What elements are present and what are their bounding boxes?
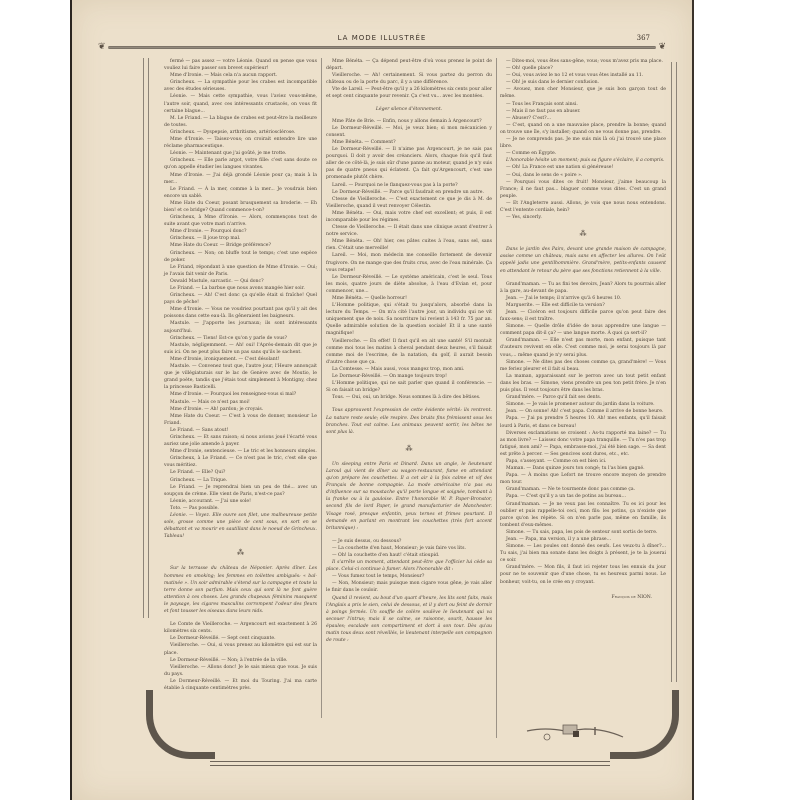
stage-direction: Léger silence d'étonnement. [326, 106, 492, 113]
dialogue-line: Grincheux. — Et sans raison; si nous avi… [164, 434, 317, 448]
dialogue-line: Grincheux, à Le Friand. — Ce n'est pas l… [164, 455, 317, 469]
dialogue-line: Mme Bénéta. — Comment? [326, 139, 492, 146]
dialogue-line: Le Friand. — Elle? Qui? [164, 469, 317, 476]
dialogue-line: Marguerite. — Elle est difficile ta vers… [500, 302, 666, 309]
dialogue-line: Grand'maman. — Je ne veux pas les connaî… [500, 501, 666, 529]
column-right: — Dites-moi, vous êtes sans-gêne, vous; … [500, 58, 666, 601]
dialogue-line: Mastule. — J'apporte les journaux; ils s… [164, 320, 317, 334]
dialogue-line: — Mais il ne faut pas en abuser. [500, 108, 666, 115]
right-border-rule [671, 62, 677, 682]
stage-direction: Il s'arrête un moment, attendant peut-êt… [326, 559, 492, 573]
header-rule [108, 46, 656, 49]
dialogue-line: Jean. — Cicéron est toujours difficile p… [500, 309, 666, 323]
dialogue-line: — Oh! quelle place? [500, 65, 666, 72]
dialogue-line: — Tous les Français sont ainsi. [500, 101, 666, 108]
dialogue-line: Vieilleroche. — En effet! Il faut qu'il … [326, 338, 492, 366]
page-header: LA MODE ILLUSTRÉE 367 ❦ ❦ [102, 34, 662, 56]
dialogue-line: Léonie, accourant. — J'ai une sole! [164, 498, 317, 505]
stage-direction: Quand il revient, au bout d'un quart d'h… [326, 595, 492, 645]
dialogue-line: Simone. — Quelle drôle d'idée de nous ap… [500, 323, 666, 337]
left-border-rule [143, 58, 149, 618]
running-title: LA MODE ILLUSTRÉE [102, 34, 662, 42]
dialogue-line: — Avouez, mon cher Monsieur, que je suis… [500, 86, 666, 100]
dialogue-line: Grincheux. — La Trique. [164, 477, 317, 484]
dialogue-line: Tous. — Oui, oui, un bridge. Nous sommes… [326, 394, 492, 401]
dialogue-line: Mme d'Ironie, ironiquement. — C'est déso… [164, 356, 317, 363]
dialogue-line: Léonie. — Mais cette sympathie, vous l'a… [164, 93, 317, 114]
dialogue-line: Le Dormeur-Réveillé. — On mange toujours… [326, 373, 492, 380]
fleuron-icon: ❦ [98, 42, 106, 52]
dialogue-line: Le Dormeur-Réveillé. — Le système améric… [326, 274, 492, 295]
dialogue-line: — Oui, dans le sens de « poire ». [500, 172, 666, 179]
dialogue-line: — Et l'Angleterre aussi. Allons, je vois… [500, 200, 666, 214]
dialogue-line: Le Dormeur-Réveillé. — Il n'aime pas Arg… [326, 146, 492, 181]
dialogue-line: Le Friand. — La barbue que nous avons ma… [164, 285, 317, 292]
dialogue-line: Mme Bénéta. — Ça dépend peut-être d'où v… [326, 58, 492, 72]
dialogue-line: Toto. — Pas possible. [164, 505, 317, 512]
dialogue-line: Mastule. — Mais ce n'est pas moi! [164, 399, 317, 406]
dialogue-line: Léonie. — Maintenant que j'ai goûté, je … [164, 150, 317, 157]
dialogue-line: Mastule. — Convenez tout que, l'autre jo… [164, 363, 317, 391]
asterism-separator: ⁂ [164, 550, 317, 557]
dialogue-line: — Comme en Égypte. [500, 150, 666, 157]
dialogue-line: Papa. — C'est qu'il y a un tas de potins… [500, 493, 666, 500]
dialogue-line: Simone. — Ne dites pas des choses comme … [500, 359, 666, 373]
dialogue-line: Mme Bénéta. — Quelle horreur! [326, 295, 492, 302]
dialogue-line: — Oui, vous aviez le no 12 et vous vous … [500, 72, 666, 79]
dialogue-line: Diverses exclamations se croisent : As-t… [500, 430, 666, 458]
dialogue-line: Mastule, négligemment. — Ah! oui! l'Aprè… [164, 342, 317, 356]
stage-direction: Dans le jardin des Pairs, devant une gra… [500, 246, 666, 274]
dialogue-line: Mme d'Ironie. — Taisez-vous; on croirait… [164, 136, 317, 150]
dialogue-line: Grincheux. — Elle parle argot, votre fil… [164, 157, 317, 171]
page-number: 367 [637, 34, 650, 42]
dialogue-line: Grand'maman. — Ne te tourmente donc pas … [500, 486, 666, 493]
dialogue-line: — La couchette d'en haut, Monsieur; je v… [326, 545, 492, 552]
dialogue-line: Grincheux. — Tiens! Est-ce qu'on y parle… [164, 335, 317, 342]
dialogue-line: Maman. — Dans quinze jours ton congé; tu… [500, 465, 666, 472]
dialogue-line: Lareil. — Pourquoi ne le flanquez-vous p… [326, 182, 492, 189]
dialogue-line: — Abuser? C'est?... [500, 115, 666, 122]
dialogue-line: Simone. — Les poules ont donné des oeufs… [500, 543, 666, 564]
dialogue-line: Jean. — J'ai le temps; il n'arrive qu'à … [500, 295, 666, 302]
dialogue-line: Grand'maman. — Tu as fini tes devoirs, J… [500, 281, 666, 295]
dialogue-line: Le Friand. — Je reprendrai bien un peu d… [164, 484, 317, 498]
dialogue-line: Lareil. — Moi, mon médecin me conseille … [326, 252, 492, 273]
dialogue-line: Grincheux. — La sympathie pour les crabe… [164, 79, 317, 93]
asterism-separator: ⁂ [500, 231, 666, 238]
dialogue-line: Mme Bénéta. — Oui, mais votre chef est e… [326, 210, 492, 224]
dialogue-line: — Yes, sincerly. [500, 214, 666, 221]
dialogue-line: Mme Hate du Coeur. — C'est à vous de don… [164, 413, 317, 427]
dialogue-line: Le Friand, répondant à une question de M… [164, 264, 317, 278]
dialogue-line: Vieilleroche. — Ah! certainement. Si vou… [326, 72, 492, 86]
dialogue-line: Simone. — Je vais le promener autour du … [500, 401, 666, 408]
dialogue-line: Mme d'Ironie. — J'ai déjà grondé Léonie … [164, 172, 317, 186]
dialogue-line: Vieilleroche. — Oui, si vous prenez au k… [164, 642, 317, 656]
author-signature: François de NION. [500, 594, 666, 601]
dialogue-line: Mme Hate du Coeur, posant brusquement sa… [164, 200, 317, 214]
dialogue-line: Grincheux, à Mme d'Ironie. — Alors, comm… [164, 214, 317, 228]
automobile-vignette-icon [525, 719, 625, 749]
dialogue-line: fermé — pas assez — votre Léonie. Quand … [164, 58, 317, 72]
dialogue-line: Mme Hate du Coeur. — Bridge préférence? [164, 242, 317, 249]
column-divider [321, 58, 322, 718]
dialogue-line: — Dites-moi, vous êtes sans-gêne, vous; … [500, 58, 666, 65]
dialogue-line: — Je ne comprends pas. Je me suis mis là… [500, 136, 666, 150]
dialogue-line: La maman, apparaissant sur le perron ave… [500, 373, 666, 394]
dialogue-line: Mme Pâte de Brie. — Enfin, nous y allons… [326, 118, 492, 125]
dialogue-line: — Pourquoi vous dites ce fruit! Monsieur… [500, 179, 666, 200]
dialogue-line: L'Homme politique, qui s'était tu jusqu'… [326, 302, 492, 337]
dialogue-line: Grincheux. — Non; on bluffe tout le temp… [164, 250, 317, 264]
dialogue-line: Le Friand. — Sans atout! [164, 427, 317, 434]
dialogue-line: Vieilleroche. — Allons donc! Je le sais … [164, 664, 317, 678]
dialogue-line: Ctesse de Vieilleroche. — Il était dans … [326, 224, 492, 238]
dialogue-line: Grand'maman. — Elle n'est pas morte, mon… [500, 337, 666, 358]
dialogue-line: Oswald Mastule, sarcastic. — Qui donc? [164, 278, 317, 285]
dialogue-line: Ctesse de Vieilleroche. — C'est exacteme… [326, 196, 492, 210]
dialogue-line: Papa, s'asseyant. — Comme on est bien ic… [500, 458, 666, 465]
dialogue-line: Vte de Lareil. — Peut-être qu'il y a 26 … [326, 86, 492, 100]
dialogue-line: — Oh! la couchette d'en haut! c'était st… [326, 552, 492, 559]
dialogue-line: Simone. — Tu sais, papa, les pois de sen… [500, 529, 666, 536]
dialogue-line: La Comtesse. — Mais aussi, vous mangez t… [326, 366, 492, 373]
dialogue-line: Mme d'Ironie. — Pourquoi donc? [164, 228, 317, 235]
dialogue-line: — Oh! je suis dans le dernier confusion. [500, 79, 666, 86]
column-middle: Mme Bénéta. — Ça dépend peut-être d'où v… [326, 58, 492, 644]
stage-direction: L'honorable hésite un moment; puis sa fi… [500, 157, 666, 164]
stage-direction: Sur la terrasse du château de Néponier. … [164, 565, 317, 615]
dialogue-line: Mme d'Ironie. — Mais cela n'a aucun rapp… [164, 72, 317, 79]
dialogue-line: Le Comte de Vieilleroche. — Argencourt e… [164, 621, 317, 635]
dialogue-line: Le Dormeur-Réveillé. — Sept cent cinquan… [164, 635, 317, 642]
dialogue-line: L'Homme politique, qui ne sait parler qu… [326, 380, 492, 394]
column-left: fermé — pas assez — votre Léonie. Quand … [164, 58, 317, 692]
fleuron-icon: ❦ [658, 42, 666, 52]
dialogue-line: M. Le Friand. — La blague de crabes est … [164, 115, 317, 129]
dialogue-line: — Oh! La France est une nation si génére… [500, 164, 666, 171]
dialogue-line: Mme d'Ironie. — Vous ne voudriez pourtan… [164, 306, 317, 320]
dialogue-line: Mme d'Ironie. — Ah! pardon; je croyais. [164, 406, 317, 413]
dialogue-line: — Non, Monsieur; mais puisque mon cigare… [326, 580, 492, 594]
dialogue-line: Mme d'Ironie, sentencieuse. — Le tric et… [164, 448, 317, 455]
dialogue-line: Papa. — J'ai pu prendre 5 heures 10. Ah!… [500, 415, 666, 429]
dialogue-line: Mme Bénéta. — Oh! hier, ces pâtes cuites… [326, 238, 492, 252]
dialogue-line: Grincheux. — Ah! C'est donc ça qu'elle é… [164, 292, 317, 306]
bottom-rule [210, 761, 610, 766]
asterism-separator: ⁂ [326, 446, 492, 453]
dialogue-line: Jean. — Papa, ma version, il y a une phr… [500, 536, 666, 543]
dialogue-line: Jean. — On sonne! Ah! c'est papa. Comme … [500, 408, 666, 415]
dialogue-line: Grincheux. — Il joue trop mal. [164, 235, 317, 242]
dialogue-line: Le Dormeur-Réveillé. — Non; à l'entrée d… [164, 657, 317, 664]
stage-direction: Tous approuvent l'expression de cette év… [326, 407, 492, 435]
dialogue-line: — C'est, quand on a une mauvaise place, … [500, 122, 666, 136]
dialogue-line: Le Dormeur-Réveillé. — Parce qu'il faudr… [326, 189, 492, 196]
dialogue-line: Mme d'Ironie. — Pourquoi les renseignez-… [164, 391, 317, 398]
stage-direction: Un sleeping entre Paris et Dinard. Dans … [326, 461, 492, 532]
dialogue-line: Le Dormeur-Réveillé. — Moi, je veux bien… [326, 125, 492, 139]
page-edge-right [692, 0, 694, 800]
column-divider [496, 58, 497, 738]
dialogue-line: Papa. — À moins que Lefort ne trouve enc… [500, 472, 666, 486]
dialogue-line: — Je suis dessus, ou dessous? [326, 538, 492, 545]
dialogue-line: — Vous fumez tout le temps, Monsieur? [326, 573, 492, 580]
dialogue-line: Le Friand. — À la mer, comme à la mer...… [164, 186, 317, 200]
stage-direction: Léonie. — Voyez. Elle ouvre son filet, u… [164, 512, 317, 540]
dialogue-line: Grincheux. — Dyspepsie, arthritisme, art… [164, 129, 317, 136]
dialogue-line: Grand'mère. — Mon fils, il faut ici reje… [500, 564, 666, 585]
dialogue-line: Grand'mère. — Parce qu'il fait ses dents… [500, 394, 666, 401]
